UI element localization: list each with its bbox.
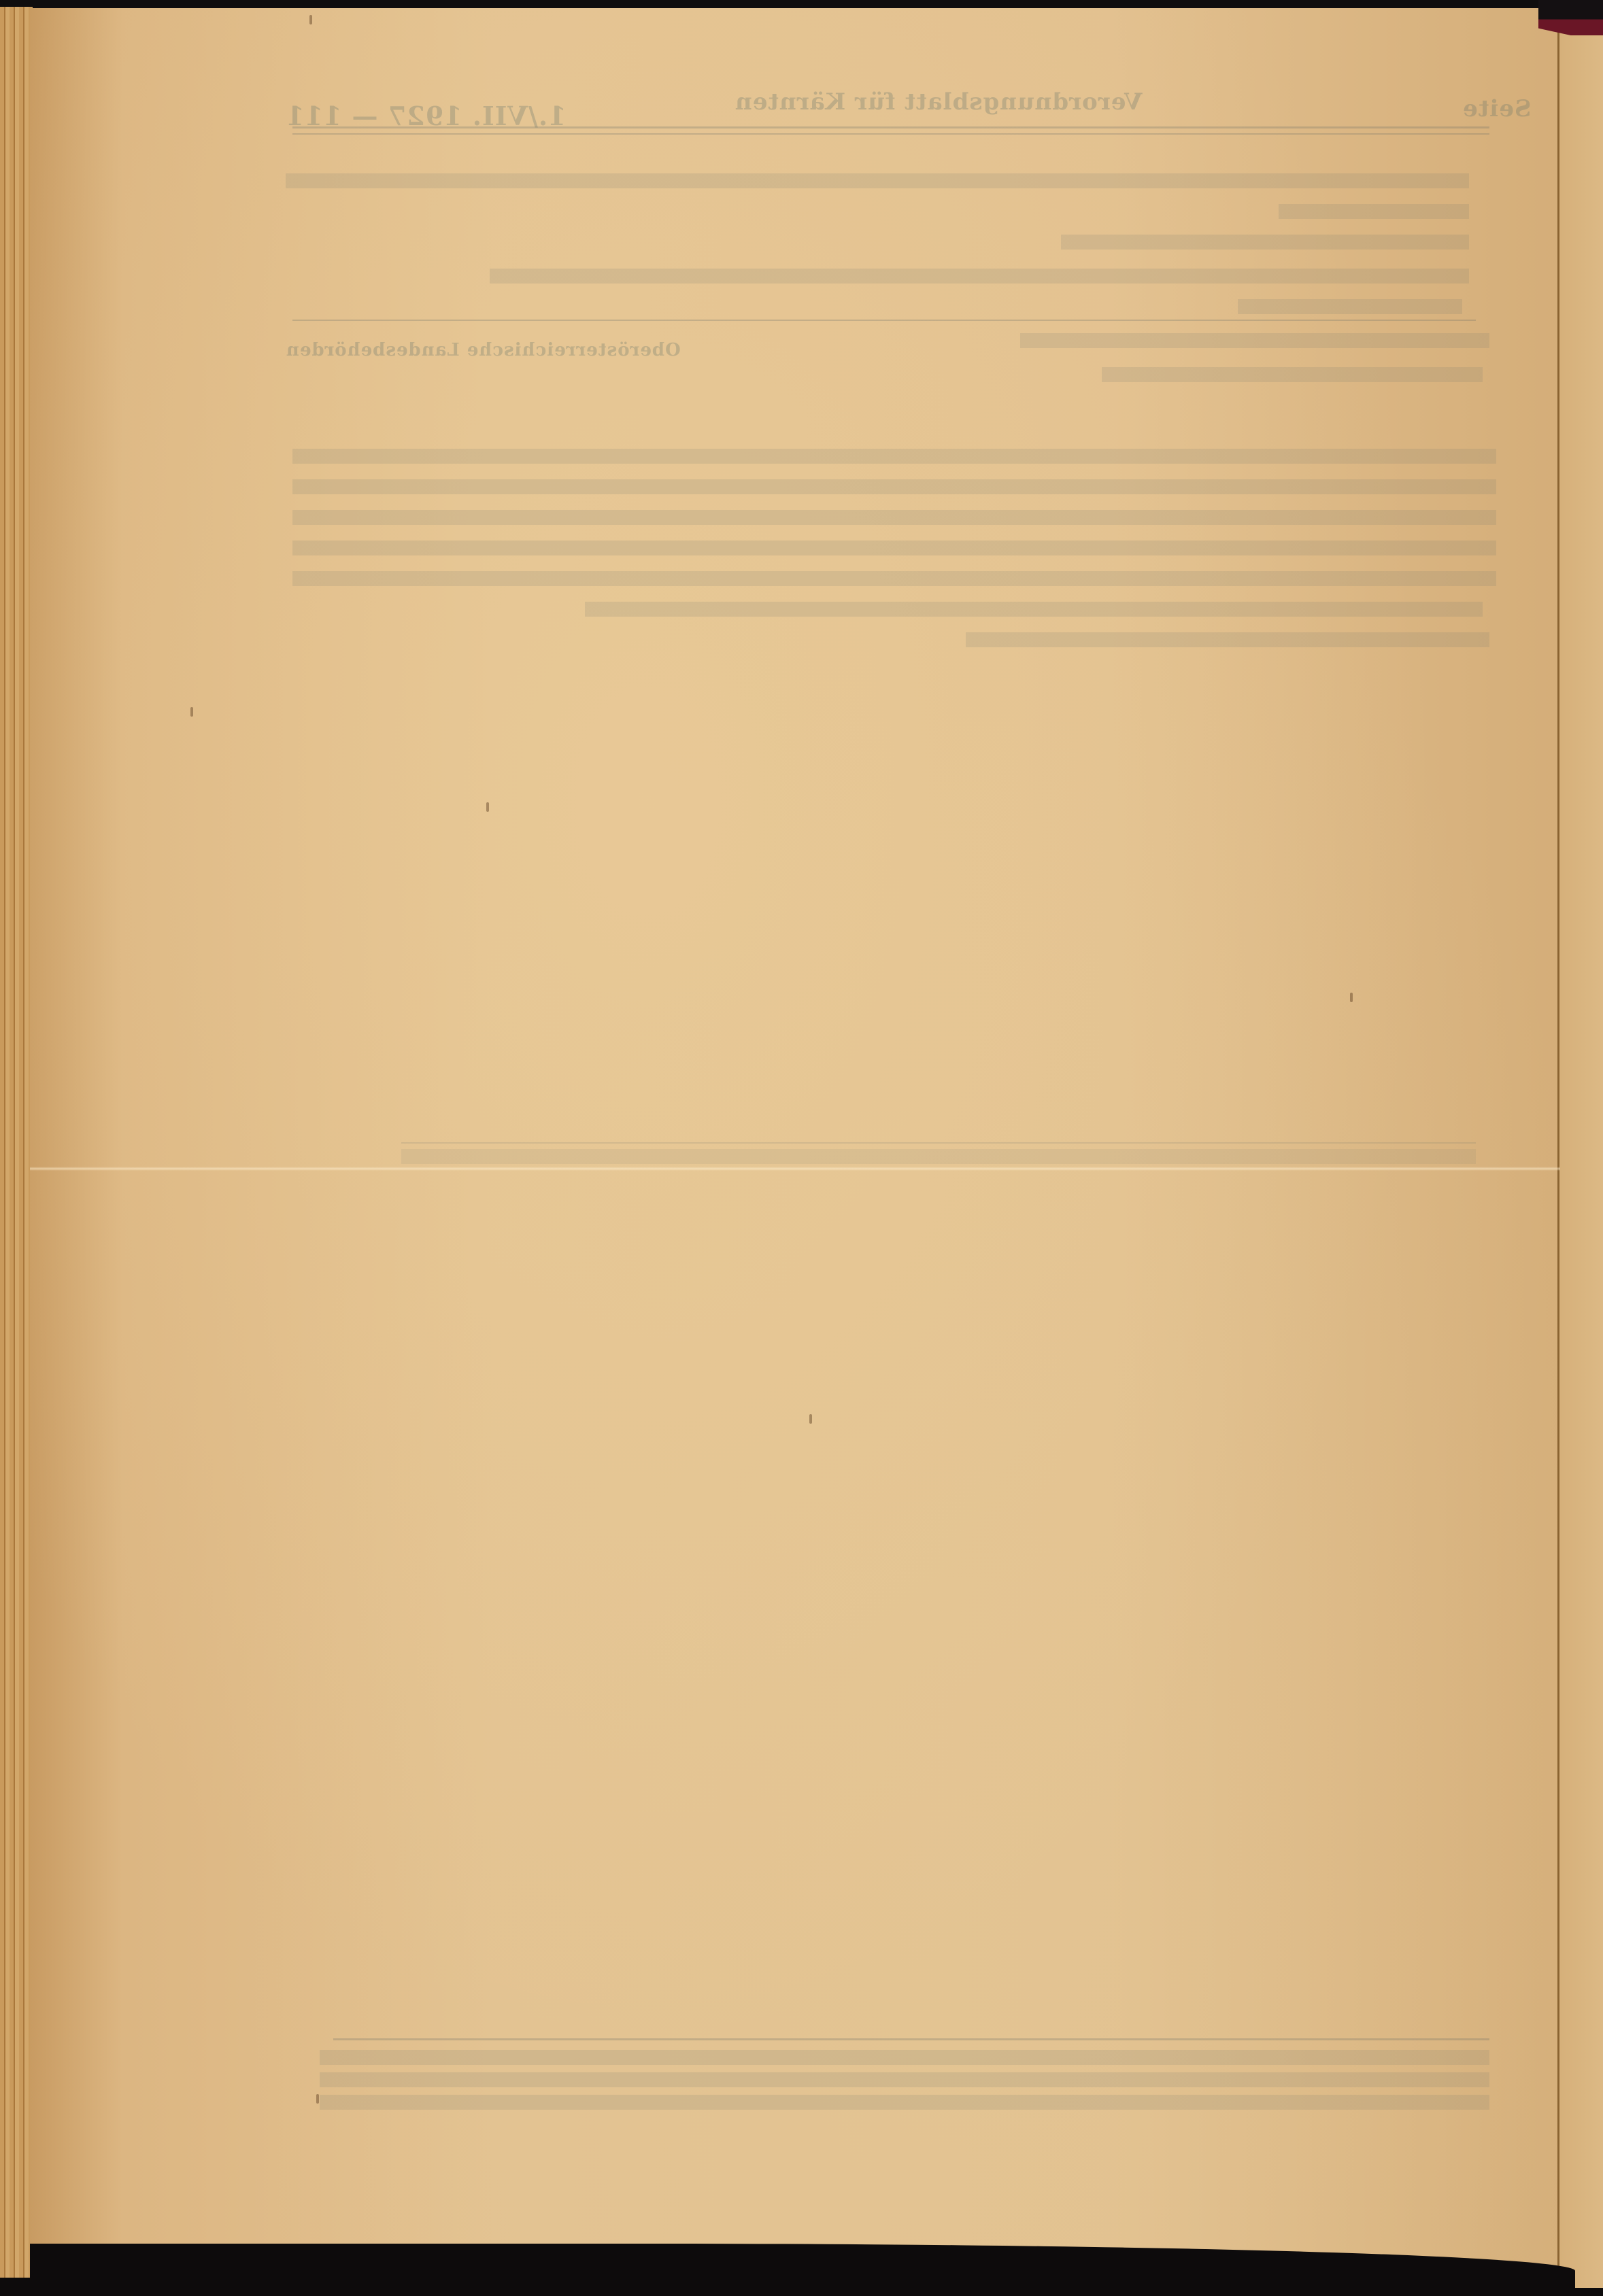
bleed-text-line — [286, 173, 1469, 194]
bleed-separator — [292, 320, 1476, 321]
bleed-header-rule-2 — [292, 133, 1489, 135]
paper-speck — [309, 15, 312, 24]
bleed-footer-line — [320, 2095, 1489, 2111]
scanner-background-top — [0, 0, 1603, 8]
bleed-text-line — [292, 479, 1496, 500]
bleed-faint-rule — [401, 1142, 1476, 1144]
bleed-footer-line — [320, 2072, 1489, 2089]
bleed-text-line — [1238, 299, 1462, 320]
bleed-text-line — [1020, 333, 1489, 354]
bleed-text-line — [1061, 235, 1469, 255]
paper-speck — [190, 707, 193, 717]
bleed-signature: Oberösterreichische Landesbehörden — [286, 340, 681, 360]
bleed-text-line — [292, 571, 1496, 592]
bleed-text-line — [401, 1149, 1476, 1165]
bleed-header-center: Verordnungsblatt für Kärnten — [735, 88, 1143, 116]
book-binding — [1538, 0, 1603, 35]
paper-speck — [809, 1414, 812, 1424]
bleed-text-line — [1102, 367, 1483, 386]
paper-speck — [486, 802, 489, 812]
bleed-footer-rule — [333, 2038, 1489, 2040]
bleed-text-line — [490, 269, 1469, 289]
bleed-footer-line — [320, 2050, 1489, 2066]
fold-crease — [30, 1167, 1560, 1171]
bleed-header-rule — [292, 126, 1489, 128]
bleed-text-line — [1279, 204, 1469, 224]
bleed-header-right: Seite — [1462, 95, 1531, 122]
bleed-text-line — [292, 541, 1496, 561]
scanned-page: 1./VII. 1927 — 111 Verordnungsblatt für … — [0, 0, 1603, 2296]
paper-speck — [1350, 993, 1353, 1002]
paper-speck — [316, 2094, 319, 2104]
bleed-text-line — [966, 632, 1489, 653]
bleed-text-line — [292, 449, 1496, 469]
stacked-page-edges — [0, 7, 33, 2278]
facing-page-edge — [1557, 31, 1603, 2288]
bleed-text-line — [585, 602, 1483, 622]
bleed-text-line — [292, 510, 1496, 530]
